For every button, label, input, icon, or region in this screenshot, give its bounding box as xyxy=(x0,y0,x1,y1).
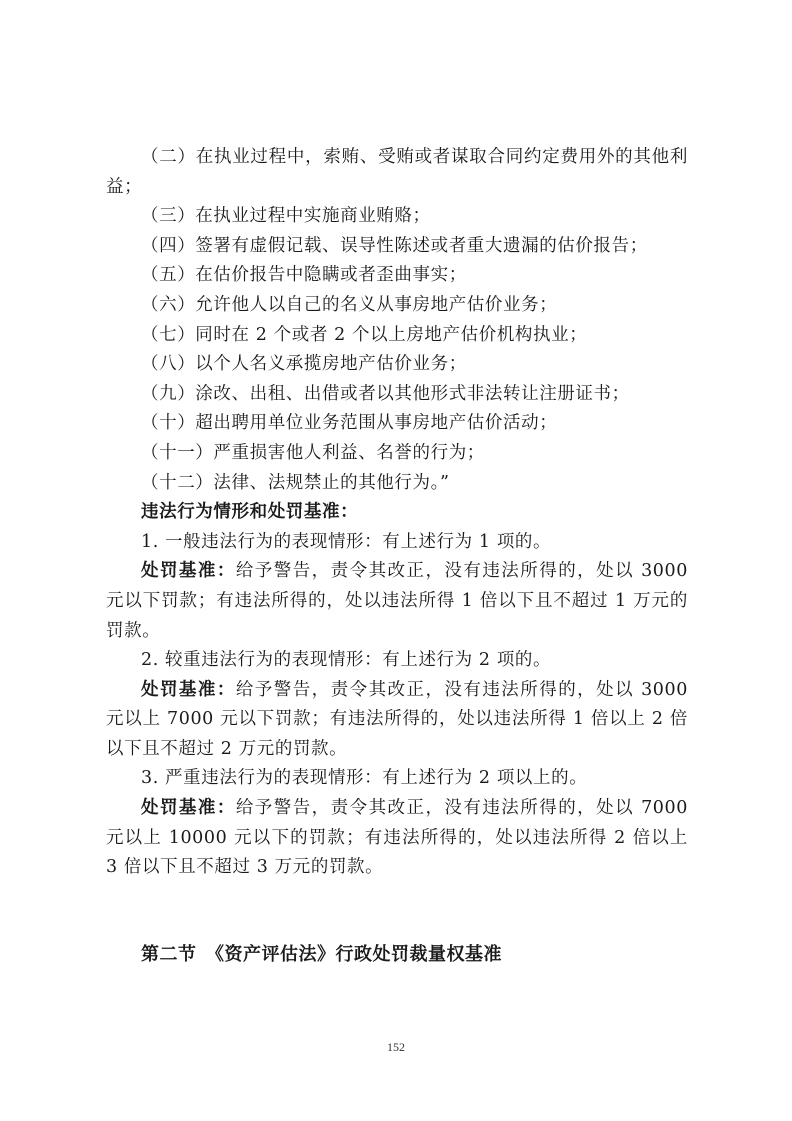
penalty-label: 处罚基准： xyxy=(141,680,236,700)
list-item: （九）涂改、出租、出借或者以其他形式非法转让注册证书； xyxy=(106,380,688,410)
section-heading: 第二节 《资产评估法》行政处罚裁量权基准 xyxy=(141,940,502,966)
list-item: （五）在估价报告中隐瞒或者歪曲事实； xyxy=(106,261,688,291)
list-item: （十一）严重损害他人利益、名誉的行为； xyxy=(106,439,688,469)
penalty-paragraph: 处罚基准：给予警告，责令其改正，没有违法所得的，处以 7000 元以上 1000… xyxy=(106,794,688,883)
level-situation: 1. 一般违法行为的表现情形：有上述行为 1 项的。 xyxy=(106,528,688,558)
standards-heading: 违法行为情形和处罚基准： xyxy=(106,498,688,528)
list-item: （二）在执业过程中，索贿、受贿或者谋取合同约定费用外的其他利益； xyxy=(106,143,688,202)
list-item: （三）在执业过程中实施商业贿赂； xyxy=(106,202,688,232)
penalty-label: 处罚基准： xyxy=(141,798,236,818)
page-number: 152 xyxy=(0,1040,792,1055)
level-situation: 2. 较重违法行为的表现情形：有上述行为 2 项的。 xyxy=(106,646,688,676)
list-item: （四）签署有虚假记载、误导性陈述或者重大遗漏的估价报告； xyxy=(106,232,688,262)
document-page: （二）在执业过程中，索贿、受贿或者谋取合同约定费用外的其他利益； （三）在执业过… xyxy=(0,0,792,1121)
list-item: （六）允许他人以自己的名义从事房地产估价业务； xyxy=(106,291,688,321)
penalty-label: 处罚基准： xyxy=(141,561,236,581)
penalty-paragraph: 处罚基准：给予警告，责令其改正，没有违法所得的，处以 3000 元以下罚款；有违… xyxy=(106,557,688,646)
penalty-paragraph: 处罚基准：给予警告，责令其改正，没有违法所得的，处以 3000 元以上 7000… xyxy=(106,676,688,765)
list-item: （八）以个人名义承揽房地产估价业务； xyxy=(106,350,688,380)
document-body: （二）在执业过程中，索贿、受贿或者谋取合同约定费用外的其他利益； （三）在执业过… xyxy=(106,143,688,883)
list-item: （十二）法律、法规禁止的其他行为。” xyxy=(106,469,688,499)
list-item: （十）超出聘用单位业务范围从事房地产估价活动； xyxy=(106,409,688,439)
list-item: （七）同时在 2 个或者 2 个以上房地产估价机构执业； xyxy=(106,321,688,351)
level-situation: 3. 严重违法行为的表现情形：有上述行为 2 项以上的。 xyxy=(106,764,688,794)
